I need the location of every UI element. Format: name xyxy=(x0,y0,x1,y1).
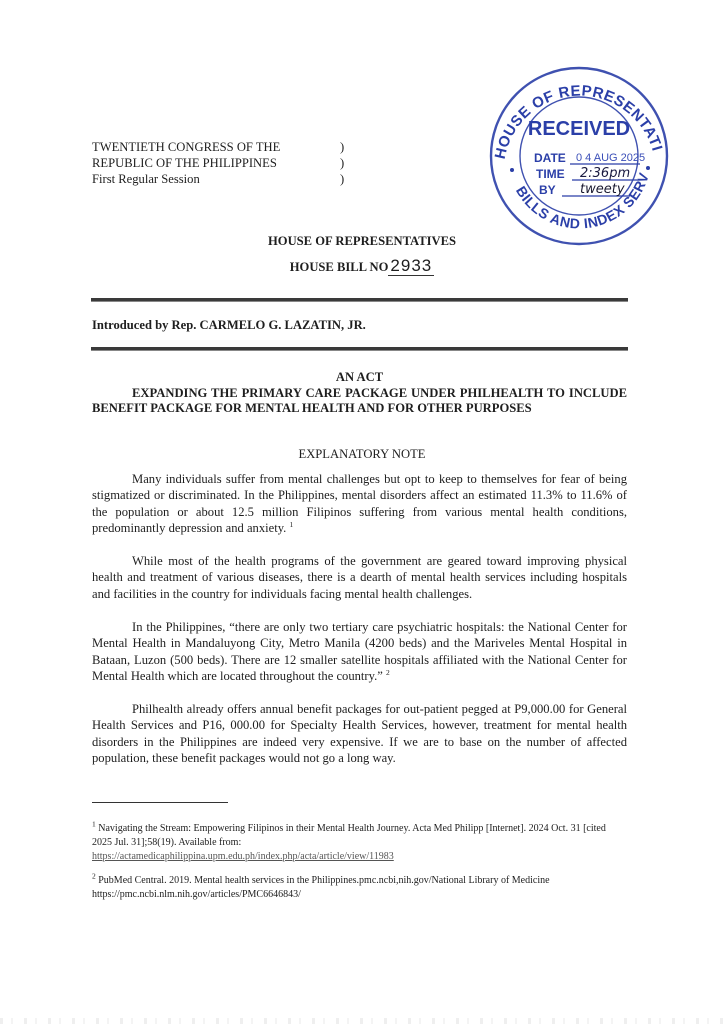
chamber-title: HOUSE OF REPRESENTATIVES xyxy=(0,234,724,249)
footnote-ref[interactable]: 2 xyxy=(386,668,390,677)
paren: ) xyxy=(340,155,344,171)
congress-header: TWENTIETH CONGRESS OF THE REPUBLIC OF TH… xyxy=(92,139,280,187)
bill-number: 2933 xyxy=(388,256,434,276)
svg-text:tweety: tweety xyxy=(580,182,625,197)
paragraph: Many individuals suffer from mental chal… xyxy=(92,471,627,536)
svg-text:2:36pm: 2:36pm xyxy=(580,166,630,181)
svg-text:0 4 AUG 2025: 0 4 AUG 2025 xyxy=(576,152,645,164)
introduced-by: Introduced by Rep. CARMELO G. LAZATIN, J… xyxy=(92,318,366,333)
paragraph: In the Philippines, “there are only two … xyxy=(92,619,627,684)
paren: ) xyxy=(340,139,344,155)
scan-edge-noise xyxy=(0,1018,724,1024)
header-parens: ) ) ) xyxy=(340,139,344,187)
stamp-seal-icon: HOUSE OF REPRESENTATIVES BILLS AND INDEX… xyxy=(482,64,676,248)
session-line: First Regular Session xyxy=(92,171,280,187)
act-title-text: EXPANDING THE PRIMARY CARE PACKAGE UNDER… xyxy=(92,386,627,417)
footnote-link[interactable]: https://pmc.ncbi.nlm.nih.gov/articles/PM… xyxy=(92,889,301,900)
footnote-ref[interactable]: 1 xyxy=(289,520,293,529)
footnote-1: 1 Navigating the Stream: Empowering Fili… xyxy=(92,822,627,864)
svg-text:DATE: DATE xyxy=(534,151,566,165)
act-title: AN ACT EXPANDING THE PRIMARY CARE PACKAG… xyxy=(92,370,627,417)
svg-text:HOUSE OF REPRESENTATIVES: HOUSE OF REPRESENTATIVES xyxy=(482,64,666,161)
bill-number-line: HOUSE BILL NO2933 xyxy=(0,256,724,276)
congress-line: TWENTIETH CONGRESS OF THE xyxy=(92,139,280,155)
explanatory-note-heading: EXPLANATORY NOTE xyxy=(0,447,724,462)
footnote-divider xyxy=(92,802,228,803)
footnote-2: 2 PubMed Central. 2019. Mental health se… xyxy=(92,874,627,902)
divider xyxy=(91,347,628,351)
svg-text:TIME: TIME xyxy=(536,167,565,181)
bill-label: HOUSE BILL NO xyxy=(290,260,389,274)
received-stamp: HOUSE OF REPRESENTATIVES BILLS AND INDEX… xyxy=(482,64,676,248)
svg-text:BY: BY xyxy=(539,183,556,197)
svg-text:RECEIVED: RECEIVED xyxy=(528,118,630,140)
paren: ) xyxy=(340,171,344,187)
paragraph: Philhealth already offers annual benefit… xyxy=(92,701,627,766)
congress-line: REPUBLIC OF THE PHILIPPINES xyxy=(92,155,280,171)
an-act-heading: AN ACT xyxy=(92,370,627,386)
paragraph: While most of the health programs of the… xyxy=(92,553,627,602)
footnote-link[interactable]: https://actamedicaphilippina.upm.edu.ph/… xyxy=(92,851,394,862)
divider xyxy=(91,298,628,302)
